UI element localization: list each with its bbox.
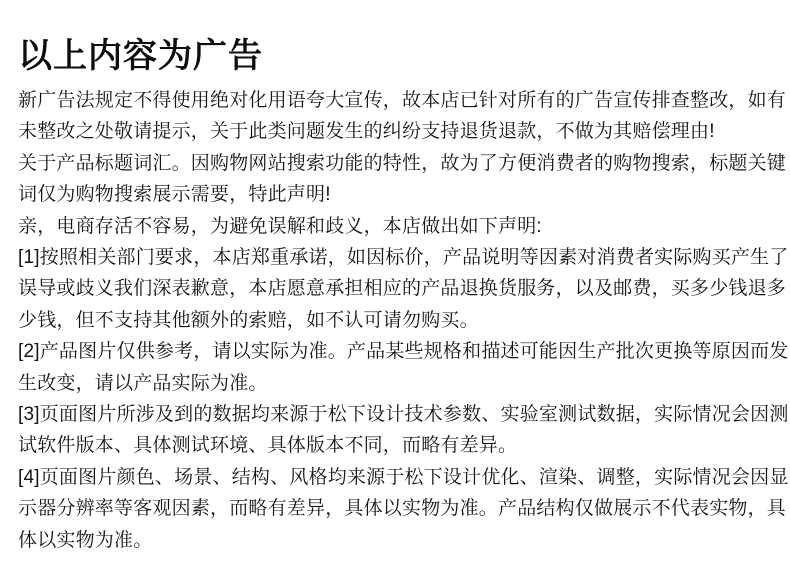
disclaimer-line: 体以实物为准。 [18, 525, 774, 556]
disclaimer-paragraph-4: [1]按照相关部门要求，本店郑重承诺，如因标价，产品说明等因素对消费者实际购买产… [18, 242, 774, 336]
disclaimer-line: 亲，电商存活不容易，为避免误解和歧义，本店做出如下声明: [18, 211, 774, 242]
page-title: 以上内容为广告 [18, 36, 774, 76]
disclaimer-line: [2]产品图片仅供参考，请以实际为准。产品某些规格和描述可能因生产批次更换等原因… [18, 336, 774, 367]
disclaimer-content: 以上内容为广告 新广告法规定不得使用绝对化用语夸大宣传，故本店已针对所有的广告宣… [0, 0, 790, 556]
disclaimer-paragraph-2: 关于产品标题词汇。因购物网站搜索功能的特性，故为了方便消费者的购物搜索，标题关键… [18, 148, 774, 211]
disclaimer-paragraph-7: [4]页面图片颜色、场景、结构、风格均来源于松下设计优化、渲染、调整，实际情况会… [18, 462, 774, 556]
disclaimer-line: 新广告法规定不得使用绝对化用语夸大宣传，故本店已针对所有的广告宣传排查整改，如有 [18, 85, 774, 116]
disclaimer-page: 以上内容为广告 新广告法规定不得使用绝对化用语夸大宣传，故本店已针对所有的广告宣… [0, 0, 790, 567]
disclaimer-line: 试软件版本、具体测试环境、具体版本不同，而略有差异。 [18, 430, 774, 461]
disclaimer-paragraph-1: 新广告法规定不得使用绝对化用语夸大宣传，故本店已针对所有的广告宣传排查整改，如有… [18, 85, 774, 148]
disclaimer-line: 生改变，请以产品实际为准。 [18, 368, 774, 399]
disclaimer-text-block: 新广告法规定不得使用绝对化用语夸大宣传，故本店已针对所有的广告宣传排查整改，如有… [18, 85, 774, 556]
disclaimer-line: [4]页面图片颜色、场景、结构、风格均来源于松下设计优化、渲染、调整，实际情况会… [18, 462, 774, 493]
disclaimer-paragraph-5: [2]产品图片仅供参考，请以实际为准。产品某些规格和描述可能因生产批次更换等原因… [18, 336, 774, 399]
disclaimer-paragraph-3: 亲，电商存活不容易，为避免误解和歧义，本店做出如下声明: [18, 211, 774, 242]
disclaimer-line: 关于产品标题词汇。因购物网站搜索功能的特性，故为了方便消费者的购物搜索，标题关键 [18, 148, 774, 179]
disclaimer-line: [1]按照相关部门要求，本店郑重承诺，如因标价，产品说明等因素对消费者实际购买产… [18, 242, 774, 273]
disclaimer-line: 示器分辨率等客观因素，而略有差异，具体以实物为准。产品结构仅做展示不代表实物，具 [18, 493, 774, 524]
disclaimer-line: 少钱，但不支持其他额外的索赔，如不认可请勿购买。 [18, 305, 774, 336]
disclaimer-line: 词仅为购物搜索展示需要，特此声明! [18, 179, 774, 210]
disclaimer-line: 未整改之处敬请提示，关于此类问题发生的纠纷支持退货退款，不做为其赔偿理由! [18, 116, 774, 147]
disclaimer-paragraph-6: [3]页面图片所涉及到的数据均来源于松下设计技术参数、实验室测试数据，实际情况会… [18, 399, 774, 462]
disclaimer-line: [3]页面图片所涉及到的数据均来源于松下设计技术参数、实验室测试数据，实际情况会… [18, 399, 774, 430]
disclaimer-line: 误导或歧义我们深表歉意，本店愿意承担相应的产品退换货服务，以及邮费，买多少钱退多 [18, 273, 774, 304]
